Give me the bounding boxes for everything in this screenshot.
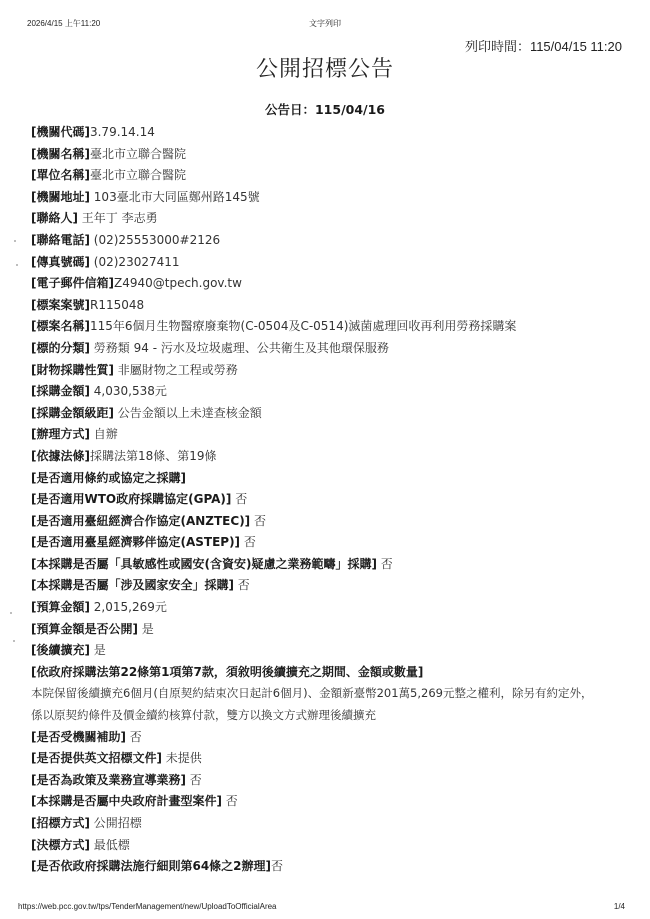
field-value: 115年6個月生物醫療廢棄物(C-0504及C-0514)滅菌處理回收再利用勞務… (90, 319, 516, 333)
field-label: [採購金額] (31, 384, 90, 398)
field-row-category: [標的分類] 勞務類 94 - 污水及垃圾處理、公共衛生及其他環保服務 (31, 338, 631, 360)
margin-mark (14, 240, 16, 242)
field-row-english-docs: [是否提供英文招標文件] 未提供 (31, 748, 631, 770)
print-url: https://web.pcc.gov.tw/tps/TenderManagem… (18, 902, 277, 911)
field-value: 最低標 (90, 838, 130, 852)
field-label: [機關地址] (31, 190, 90, 204)
field-label: [採購金額級距] (31, 406, 114, 420)
field-label: [機關名稱] (31, 147, 90, 161)
field-value: 否 (240, 535, 256, 549)
field-value: 否 (271, 859, 283, 873)
field-row-amount-range: [採購金額級距] 公告金額以上未達查核金額 (31, 403, 631, 425)
field-row-contact-person: [聯絡人] 王年丁 李志勇 (31, 208, 631, 230)
field-row-policy-promotion: [是否為政策及業務宣導業務] 否 (31, 770, 631, 792)
field-row-email: [電子郵件信箱]Z4940@tpech.gov.tw (31, 273, 631, 295)
field-value: 未提供 (162, 751, 202, 765)
field-value: 採購法第18條、第19條 (90, 449, 217, 463)
field-label: [是否適用臺紐經濟合作協定(ANZTEC)] (31, 514, 250, 528)
field-value: 否 (222, 794, 238, 808)
field-row-tender-method: [招標方式] 公開招標 (31, 813, 631, 835)
field-label: [標案案號] (31, 298, 90, 312)
field-label: [本採購是否屬「具敏感性或國安(含資安)疑慮之業務範疇」採購] (31, 557, 377, 571)
announce-date: 公告日：115/04/16 (0, 100, 650, 118)
page-number: 1/4 (614, 902, 625, 911)
field-value: 公告金額以上未達查核金額 (114, 406, 262, 420)
extension-paragraph-line: 本院保留後續擴充6個月(自原契約結束次日起計6個月)、金額新臺幣201萬5,26… (31, 683, 631, 705)
field-value: 臺北市立聯合醫院 (90, 147, 186, 161)
field-value: 王年丁 李志勇 (78, 211, 158, 225)
field-value: Z4940@tpech.gov.tw (114, 276, 242, 290)
field-row-award-method: [決標方式] 最低標 (31, 835, 631, 857)
field-row-sensitive-security: [本採購是否屬「具敏感性或國安(含資安)疑慮之業務範疇」採購] 否 (31, 554, 631, 576)
field-row-agency-subsidy: [是否受機關補助] 否 (31, 727, 631, 749)
field-row-gpa: [是否適用WTO政府採購協定(GPA)] 否 (31, 489, 631, 511)
field-label: [是否受機關補助] (31, 730, 126, 744)
field-row-unit-name: [單位名稱]臺北市立聯合醫院 (31, 165, 631, 187)
field-row-central-gov-project: [本採購是否屬中央政府計畫型案件] 否 (31, 791, 631, 813)
print-page-title: 文字列印 (0, 18, 650, 29)
field-row-fax: [傳真號碼] (02)23027411 (31, 252, 631, 274)
field-row-case-number: [標案案號]R115048 (31, 295, 631, 317)
print-header: 2026/4/15 上午11:20 文字列印 (0, 18, 650, 32)
field-value: 3.79.14.14 (90, 125, 155, 139)
field-value: 勞務類 94 - 污水及垃圾處理、公共衛生及其他環保服務 (90, 341, 389, 355)
field-label: [本採購是否屬中央政府計畫型案件] (31, 794, 222, 808)
field-label: [決標方式] (31, 838, 90, 852)
field-label: [辦理方式] (31, 427, 90, 441)
field-row-agency-code: [機關代碼]3.79.14.14 (31, 122, 631, 144)
field-label: [是否依政府採購法施行細則第64條之2辦理] (31, 859, 271, 873)
field-value: 臺北市立聯合醫院 (90, 168, 186, 182)
field-value: (02)23027411 (90, 255, 180, 269)
field-value: 103臺北市大同區鄭州路145號 (90, 190, 260, 204)
field-row-agency-name: [機關名稱]臺北市立聯合醫院 (31, 144, 631, 166)
field-label: [是否適用條約或協定之採購] (31, 471, 186, 485)
field-label: [傳真號碼] (31, 255, 90, 269)
field-row-future-extension: [後續擴充] 是 (31, 640, 631, 662)
field-label: [是否適用WTO政府採購協定(GPA)] (31, 492, 231, 506)
field-row-astep: [是否適用臺星經濟夥伴協定(ASTEP)] 否 (31, 532, 631, 554)
field-row-handling-method: [辦理方式] 自辦 (31, 424, 631, 446)
field-label: [單位名稱] (31, 168, 90, 182)
field-label: [本採購是否屬「涉及國家安全」採購] (31, 578, 234, 592)
margin-mark (16, 264, 18, 266)
field-value: 是 (90, 643, 106, 657)
document-title: 公開招標公告 (0, 52, 650, 83)
field-value: 4,030,538元 (90, 384, 167, 398)
field-label: [是否提供英文招標文件] (31, 751, 162, 765)
field-label: [聯絡人] (31, 211, 78, 225)
field-label: [標案名稱] (31, 319, 90, 333)
field-label: [後續擴充] (31, 643, 90, 657)
field-value: 2,015,269元 (90, 600, 167, 614)
field-row-procurement-amount: [採購金額] 4,030,538元 (31, 381, 631, 403)
field-row-case-name: [標案名稱]115年6個月生物醫療廢棄物(C-0504及C-0514)滅菌處理回… (31, 316, 631, 338)
field-row-national-security: [本採購是否屬「涉及國家安全」採購] 否 (31, 575, 631, 597)
field-label: [預算金額] (31, 600, 90, 614)
field-value: 否 (234, 578, 250, 592)
field-row-budget-amount: [預算金額] 2,015,269元 (31, 597, 631, 619)
margin-mark (10, 612, 12, 614)
field-value: 否 (250, 514, 266, 528)
field-value: 否 (186, 773, 202, 787)
field-value: 否 (377, 557, 393, 571)
field-label: [標的分類] (31, 341, 90, 355)
announcement-fields: [機關代碼]3.79.14.14 [機關名稱]臺北市立聯合醫院 [單位名稱]臺北… (31, 122, 631, 878)
field-label: [電子郵件信箱] (31, 276, 114, 290)
field-label: [是否為政策及業務宣導業務] (31, 773, 186, 787)
field-label: [依政府採購法第22條第1項第7款，須敘明後續擴充之期間、金額或數量] (31, 665, 423, 679)
field-row-anztec: [是否適用臺紐經濟合作協定(ANZTEC)] 否 (31, 511, 631, 533)
field-label: [預算金額是否公開] (31, 622, 138, 636)
field-row-article-64-2: [是否依政府採購法施行細則第64條之2辦理]否 (31, 856, 631, 878)
field-label: [聯絡電話] (31, 233, 90, 247)
field-value: 非屬財物之工程或勞務 (114, 363, 238, 377)
field-row-treaty-applicable: [是否適用條約或協定之採購] (31, 468, 631, 490)
field-label: [招標方式] (31, 816, 90, 830)
field-value: 否 (126, 730, 142, 744)
field-value: 自辦 (90, 427, 118, 441)
field-label: [機關代碼] (31, 125, 90, 139)
field-value: R115048 (90, 298, 144, 312)
field-label: [是否適用臺星經濟夥伴協定(ASTEP)] (31, 535, 240, 549)
field-row-procurement-nature: [財物採購性質] 非屬財物之工程或勞務 (31, 360, 631, 382)
field-row-budget-public: [預算金額是否公開] 是 (31, 619, 631, 641)
field-value: (02)25553000#2126 (90, 233, 220, 247)
field-label: [依據法條] (31, 449, 90, 463)
field-row-phone: [聯絡電話] (02)25553000#2126 (31, 230, 631, 252)
margin-mark (13, 640, 15, 642)
field-value: 否 (231, 492, 247, 506)
field-row-agency-address: [機關地址] 103臺北市大同區鄭州路145號 (31, 187, 631, 209)
field-row-legal-basis: [依據法條]採購法第18條、第19條 (31, 446, 631, 468)
field-label: [財物採購性質] (31, 363, 114, 377)
print-footer: https://web.pcc.gov.tw/tps/TenderManagem… (0, 902, 650, 914)
field-value: 是 (138, 622, 154, 636)
extension-paragraph-line: 係以原契約條件及價金續約核算付款，雙方以換文方式辦理後續擴充 (31, 705, 631, 727)
field-row-extension-requirement: [依政府採購法第22條第1項第7款，須敘明後續擴充之期間、金額或數量] (31, 662, 631, 684)
field-value: 公開招標 (90, 816, 142, 830)
